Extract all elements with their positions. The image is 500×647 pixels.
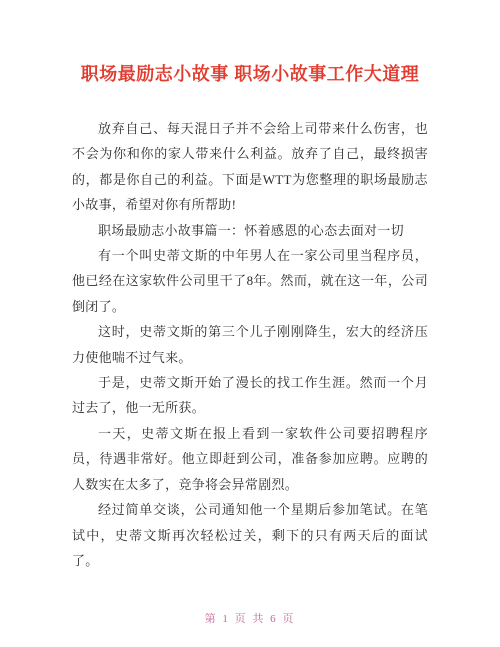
paragraph-intro: 放弃自己、每天混日子并不会给上司带来什么伤害，也不会为你和你的家人带来什么利益。…: [72, 116, 428, 218]
paragraph-story-3: 于是，史蒂文斯开始了漫长的找工作生涯。然而一个月过去了，他一无所获。: [72, 370, 428, 421]
paragraph-section-heading: 职场最励志小故事篇一：怀着感恩的心态去面对一切: [72, 218, 428, 243]
page-number-footer: 第 1 页 共 6 页: [0, 610, 500, 626]
paragraph-story-5: 经过简单交谈，公司通知他一个星期后参加笔试。在笔试中，史蒂文斯再次轻松过关，剩下…: [72, 497, 428, 573]
document-body: 放弃自己、每天混日子并不会给上司带来什么伤害，也不会为你和你的家人带来什么利益。…: [72, 116, 428, 573]
document-page: 职场最励志小故事 职场小故事工作大道理 放弃自己、每天混日子并不会给上司带来什么…: [0, 0, 500, 647]
paragraph-story-1: 有一个叫史蒂文斯的中年男人在一家公司里当程序员，他已经在这家软件公司里干了8年。…: [72, 243, 428, 319]
paragraph-story-2: 这时，史蒂文斯的第三个儿子刚刚降生，宏大的经济压力使他喘不过气来。: [72, 319, 428, 370]
paragraph-story-4: 一天，史蒂文斯在报上看到一家软件公司要招聘程序员，待遇非常好。他立即赶到公司，准…: [72, 421, 428, 497]
document-title: 职场最励志小故事 职场小故事工作大道理: [0, 0, 500, 86]
